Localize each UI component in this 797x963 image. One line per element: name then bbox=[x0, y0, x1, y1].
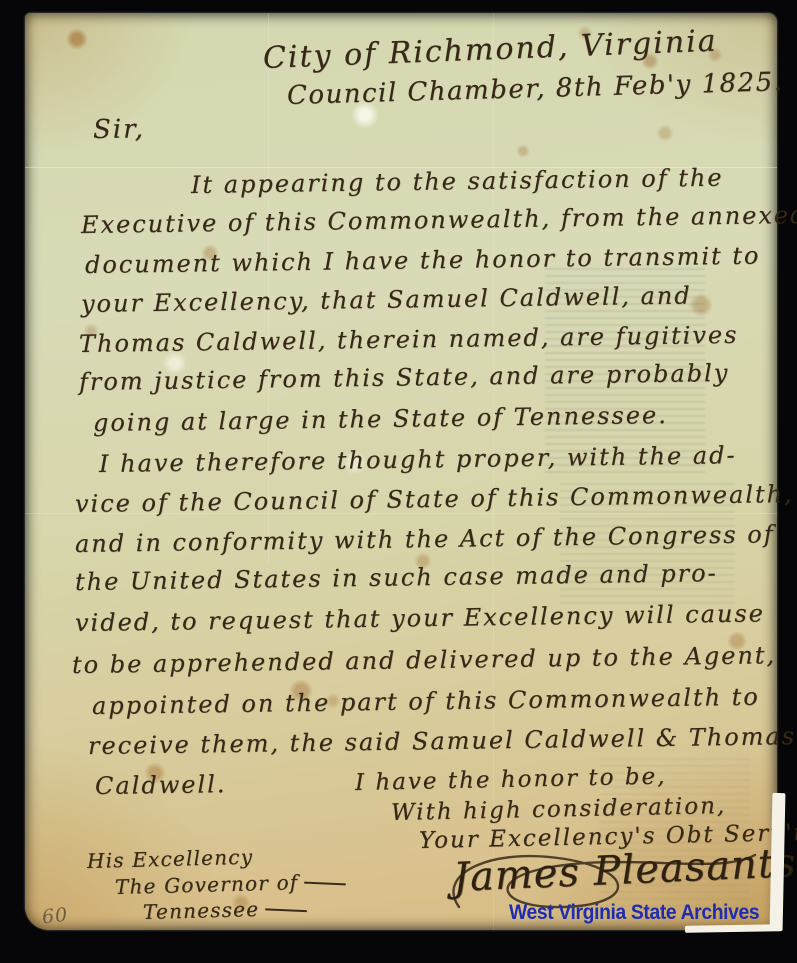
body-line: vided, to request that your Excellency w… bbox=[75, 599, 765, 637]
body-line: and in conformity with the Act of the Co… bbox=[75, 520, 775, 558]
pencil-number: 60 bbox=[41, 904, 69, 929]
body-line: your Excellency, that Samuel Caldwell, a… bbox=[81, 281, 692, 318]
body-line: Caldwell. bbox=[95, 770, 227, 800]
body-line: Executive of this Commonwealth, from the… bbox=[81, 201, 797, 239]
address-line: Tennessee bbox=[143, 896, 308, 924]
photo-background: City of Richmond, Virginia Council Chamb… bbox=[0, 0, 797, 963]
body-line: vice of the Council of State of this Com… bbox=[75, 480, 794, 518]
heading-date-line: Council Chamber, 8th Feb'y 1825. bbox=[287, 67, 784, 111]
closing-line: I have the honor to be, bbox=[355, 763, 667, 796]
address-line: His Excellency bbox=[87, 845, 254, 873]
body-line: from justice from this State, and are pr… bbox=[79, 359, 730, 396]
body-line: receive them, the said Samuel Caldwell &… bbox=[88, 722, 796, 760]
closing-line: With high consideration, bbox=[391, 793, 727, 826]
body-line: It appearing to the satisfaction of the bbox=[191, 164, 724, 199]
body-line: document which I have the honor to trans… bbox=[85, 242, 761, 279]
archive-watermark: West Virginia State Archives bbox=[509, 901, 759, 925]
body-line: appointed on the part of this Commonweal… bbox=[92, 683, 760, 720]
body-line: the United States in such case made and … bbox=[75, 559, 718, 596]
salutation: Sir, bbox=[93, 114, 145, 145]
letter-paper: City of Richmond, Virginia Council Chamb… bbox=[25, 13, 777, 930]
body-line: going at large in the State of Tennessee… bbox=[93, 401, 668, 437]
body-line: I have therefore thought proper, with th… bbox=[99, 441, 737, 478]
body-line: Thomas Caldwell, therein named, are fugi… bbox=[79, 321, 739, 358]
backing-card-edge bbox=[685, 924, 781, 933]
body-line: to be apprehended and delivered up to th… bbox=[72, 641, 776, 679]
address-line: The Governor of bbox=[115, 869, 347, 899]
heading-place-line: City of Richmond, Virginia bbox=[262, 24, 718, 76]
